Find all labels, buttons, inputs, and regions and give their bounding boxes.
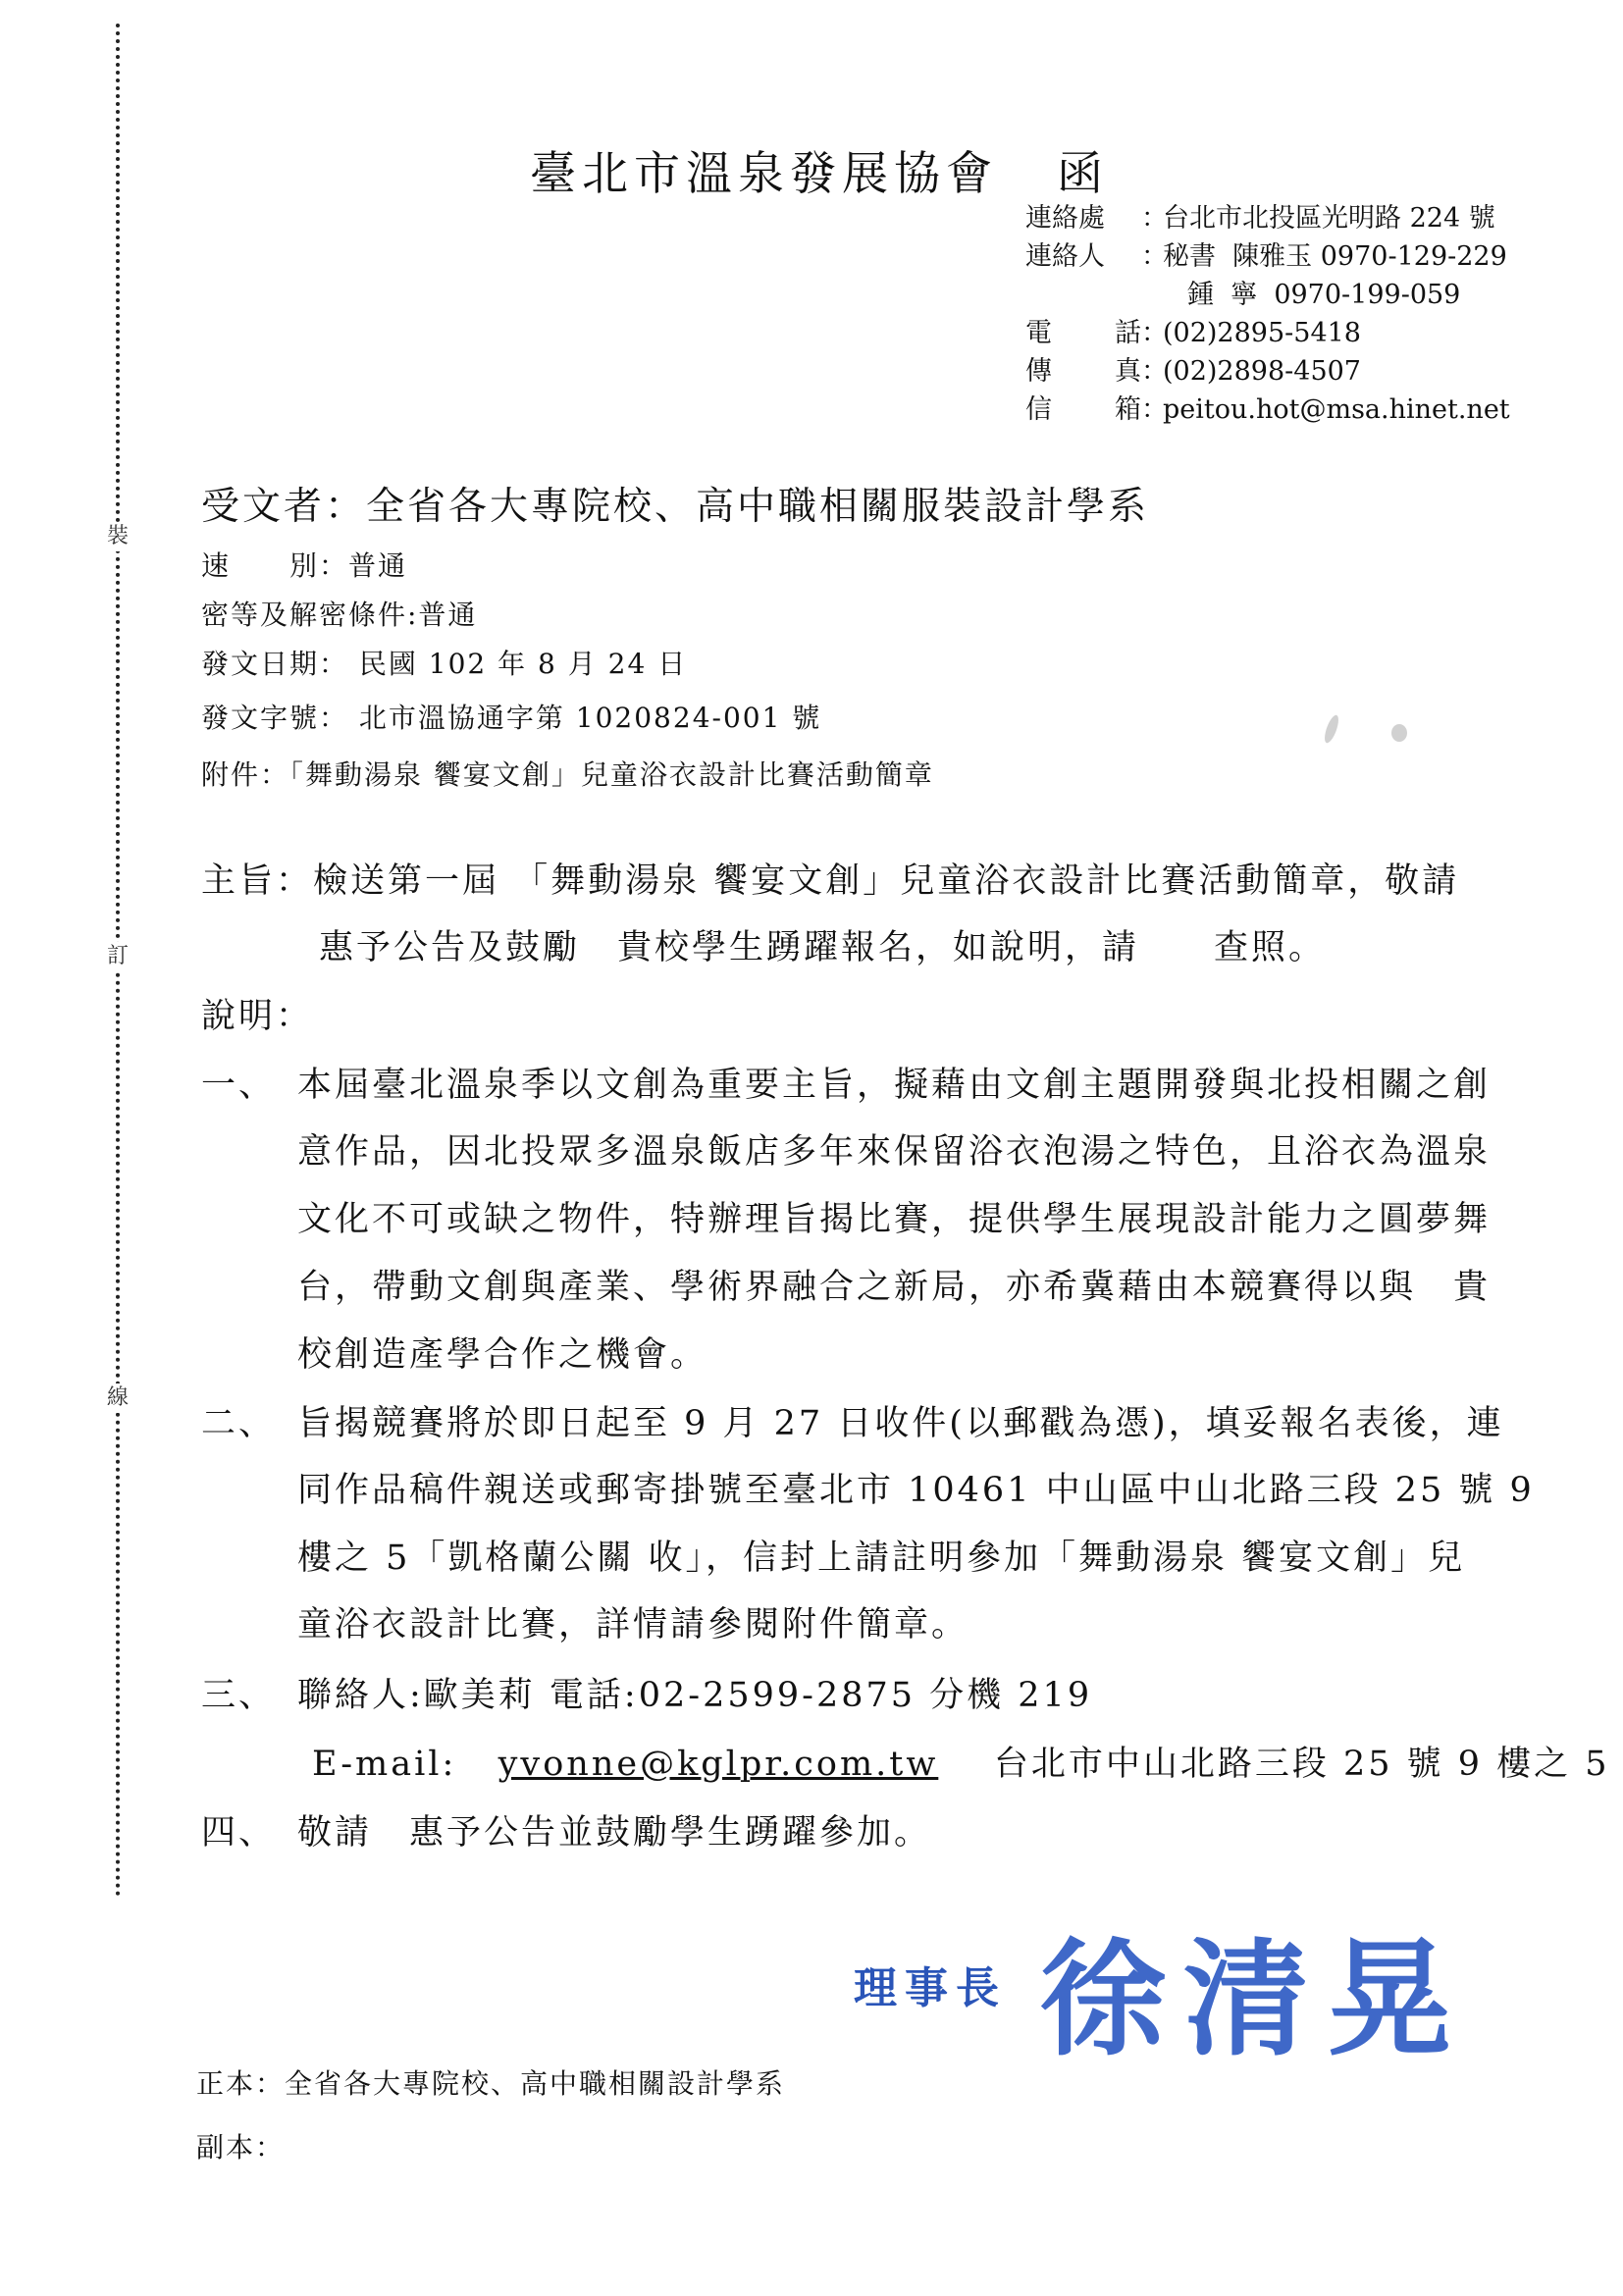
item-1-line-1: 本屆臺北溫泉季以文創為重要主旨，擬藉由文創主題開發與北投相關之創 [297, 1058, 1491, 1107]
colon: ： [1141, 352, 1163, 391]
meta-classification: 密等及解密條件:普通 [201, 594, 477, 633]
item-2-line-4: 童浴衣設計比賽，詳情請參閱附件簡章。 [297, 1597, 969, 1646]
document-type: 函 [1057, 147, 1109, 201]
item-3-email-link[interactable]: yvonne@kglpr.com.tw [498, 1745, 939, 1784]
item-2-line-3: 樓之 5「凱格蘭公關 收」，信封上請註明參加「舞動湯泉 饗宴文創」兒 [297, 1531, 1465, 1580]
person-label: 連絡人 [1025, 237, 1141, 276]
organization-name: 臺北市溫泉發展協會 [530, 147, 998, 201]
contact-fax-row: 傳 真 ： (02)2898-4507 [1025, 352, 1510, 391]
item-2-line-1: 旨揭競賽將於即日起至 9 月 27 日收件(以郵戳為憑)，填妥報名表後，連 [297, 1396, 1504, 1445]
contact-address-row: 連絡處 ： 台北市北投區光明路 224 號 [1025, 199, 1510, 237]
colon: ： [1141, 314, 1163, 352]
contact-person-2-row: 鍾 寧 0970-199-059 [1025, 276, 1510, 314]
document-title: 臺北市溫泉發展協會函 [530, 137, 1109, 203]
item-4-number: 四、 [201, 1805, 276, 1854]
phone-value: (02)2895-5418 [1163, 314, 1361, 352]
contact-person-row: 連絡人 ： 秘書 陳雅玉 0970-129-229 [1025, 237, 1510, 276]
item-3-email-line: E-mail: yvonne@kglpr.com.tw 台北市中山北路三段 25… [312, 1737, 1610, 1786]
recipient-value: 全省各大專院校、高中職相關服裝設計學系 [366, 485, 1149, 529]
contact-email-row: 信 箱 ： peitou.hot@msa.hinet.net [1025, 391, 1510, 429]
binding-label-zhuang: 裝 [103, 522, 132, 551]
item-2-number: 二、 [201, 1396, 276, 1445]
fax-value: (02)2898-4507 [1163, 352, 1361, 391]
item-1-line-4: 台，帶動文創與產業、學術界融合之新局，亦希冀藉由本競賽得以與 貴 [297, 1260, 1491, 1309]
meta-date: 發文日期： 民國 102 年 8 月 24 日 [201, 643, 687, 682]
subject-line-1: 主旨：檢送第一屆 「舞動湯泉 饗宴文創」兒童浴衣設計比賽活動簡章，敬請 [201, 854, 1459, 903]
item-1-line-5: 校創造產學合作之機會。 [297, 1328, 707, 1377]
item-2-line-2: 同作品稿件親送或郵寄掛號至臺北市 10461 中山區中山北路三段 25 號 9 [297, 1463, 1535, 1512]
signature-name-stamp: 徐清晃 [1040, 1899, 1470, 2079]
colon: ： [1141, 391, 1163, 429]
scan-stain [1391, 724, 1407, 742]
meta-attachment: 附件：「舞動湯泉 饗宴文創」兒童浴衣設計比賽活動簡章 [201, 754, 934, 793]
person-2-value: 鍾 寧 0970-199-059 [1187, 276, 1460, 314]
contact-phone-row: 電 話 ： (02)2895-5418 [1025, 314, 1510, 352]
email-label-char-1: 信 [1025, 391, 1052, 429]
item-3-line-1: 聯絡人:歐美莉 電話:02-2599-2875 分機 219 [297, 1668, 1092, 1717]
email-label-char-2: 箱 [1115, 391, 1141, 429]
item-3-number: 三、 [201, 1668, 276, 1717]
phone-label-char-2: 話 [1115, 314, 1141, 352]
address-label: 連絡處 [1025, 199, 1141, 237]
address-value: 台北市北投區光明路 224 號 [1163, 199, 1495, 237]
signature-title-stamp: 理事長 [854, 1953, 1007, 2015]
colon: ： [1141, 237, 1163, 276]
item-1-line-2: 意作品，因北投眾多溫泉飯店多年來保留浴衣泡湯之特色，且浴衣為溫泉 [297, 1124, 1491, 1174]
person-1-value: 秘書 陳雅玉 0970-129-229 [1163, 237, 1507, 276]
item-3-address: 台北市中山北路三段 25 號 9 樓之 5 [994, 1745, 1610, 1784]
recipient-label: 受文者： [201, 485, 366, 529]
email-value: peitou.hot@msa.hinet.net [1163, 391, 1510, 429]
subject-line-2: 惠予公告及鼓勵 貴校學生踴躍報名，如說明，請 查照。 [319, 920, 1326, 969]
item-3-email-label: E-mail: [312, 1745, 456, 1784]
contact-block: 連絡處 ： 台北市北投區光明路 224 號 連絡人 ： 秘書 陳雅玉 0970-… [1025, 199, 1510, 429]
duplicate-copy-line: 副本： [196, 2126, 285, 2166]
item-4-line-1: 敬請 惠予公告並鼓勵學生踴躍參加。 [297, 1805, 931, 1854]
phone-label-char-1: 電 [1025, 314, 1052, 352]
email-label: 信 箱 [1025, 391, 1141, 429]
meta-speed: 速 別：普通 [201, 545, 407, 584]
phone-label: 電 話 [1025, 314, 1141, 352]
scan-stain [1322, 713, 1341, 745]
fax-label: 傳 真 [1025, 352, 1141, 391]
binding-label-xian: 線 [103, 1383, 132, 1413]
fax-label-char-2: 真 [1115, 352, 1141, 391]
original-copy-line: 正本：全省各大專院校、高中職相關設計學系 [196, 2062, 785, 2102]
fax-label-char-1: 傳 [1025, 352, 1052, 391]
item-1-number: 一、 [201, 1058, 276, 1107]
colon: ： [1141, 199, 1163, 237]
explanation-label: 說明： [201, 989, 313, 1038]
recipient-line: 受文者：全省各大專院校、高中職相關服裝設計學系 [201, 476, 1149, 531]
item-1-line-3: 文化不可或缺之物件，特辦理旨揭比賽，提供學生展現設計能力之圓夢舞 [297, 1192, 1491, 1241]
binding-label-ding: 訂 [103, 942, 132, 971]
meta-doc-number: 發文字號： 北市溫協通字第 1020824-001 號 [201, 697, 821, 736]
